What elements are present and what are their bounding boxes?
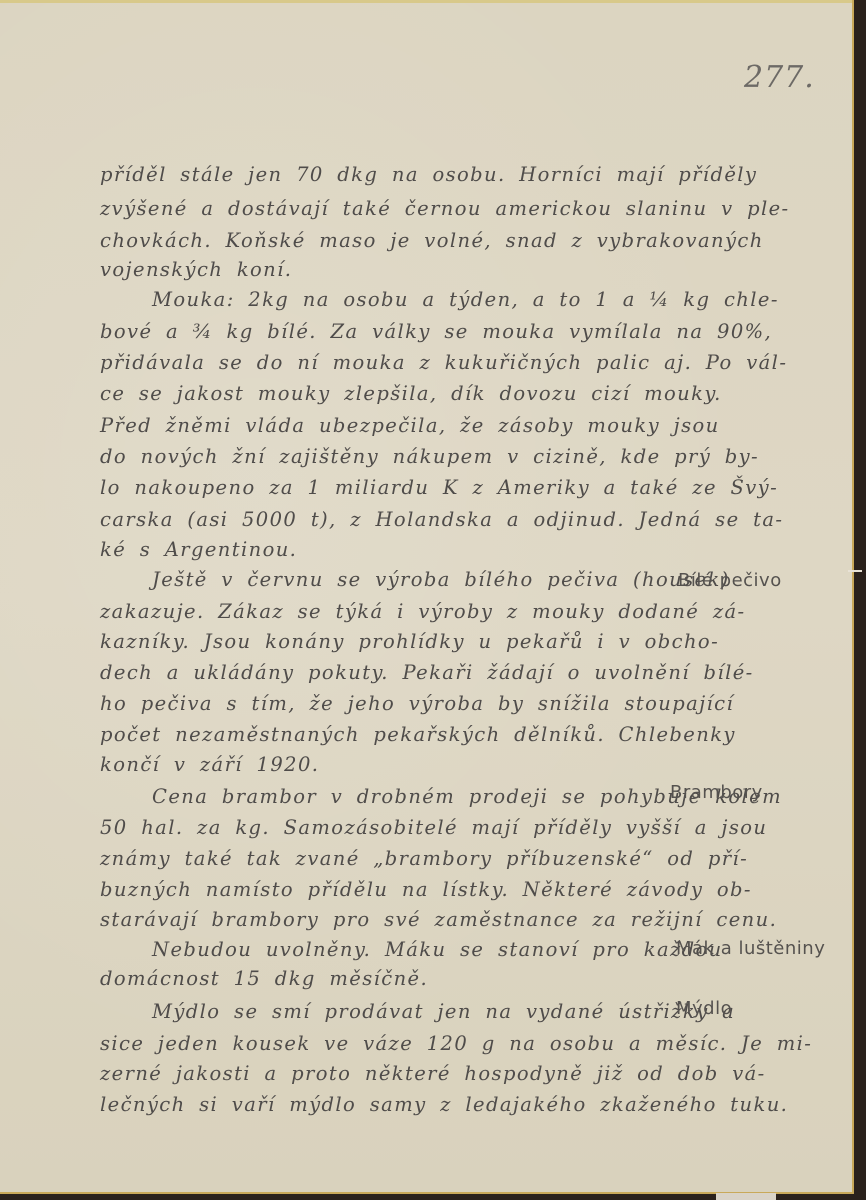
page-edge-mark: [848, 570, 862, 572]
text-line: počet nezaměstnaných pekařských dělníků.…: [100, 723, 736, 747]
paragraph-start-pecivo: Ještě v červnu se výroba bílého pečiva (…: [152, 568, 730, 592]
paragraph-start-mydlo: Mýdlo se smí prodávat jen na vydané ústř…: [152, 1000, 735, 1024]
text-line: ho pečiva s tím, že jeho výroba by sníži…: [100, 692, 734, 716]
margin-note-brambory: Brambory: [670, 782, 763, 803]
text-line: buzných namísto přídělu na lístky. Někte…: [100, 878, 752, 902]
text-line: carska (asi 5000 t), z Holandska a odjin…: [100, 508, 783, 532]
text-line: známy také tak zvané „brambory příbuzens…: [100, 847, 748, 871]
text-line: vojenských koní.: [100, 258, 292, 282]
text-line: ce se jakost mouky zlepšila, dík dovozu …: [100, 382, 722, 406]
text-line: do nových žní zajištěny nákupem v cizině…: [100, 445, 759, 469]
text-line: příděl stále jen 70 dkg na osobu. Horníc…: [100, 163, 757, 187]
text-line: končí v září 1920.: [100, 753, 319, 777]
text-line: bové a ¾ kg bílé. Za války se mouka vymí…: [100, 320, 772, 344]
text-line: sice jeden kousek ve váze 120 g na osobu…: [100, 1032, 812, 1056]
text-line: dech a ukládány pokuty. Pekaři žádají o …: [100, 661, 754, 685]
text-line: zerné jakosti a proto některé hospodyně …: [100, 1062, 766, 1086]
text-line: chovkách. Koňské maso je volné, snad z v…: [100, 229, 764, 253]
text-line: přidávala se do ní mouka z kukuřičných p…: [100, 351, 787, 375]
text-line: starávají brambory pro své zaměstnance z…: [100, 908, 777, 932]
text-line: kazníky. Jsou konány prohlídky u pekařů …: [100, 630, 719, 654]
text-line: 50 hal. za kg. Samozásobitelé mají přídě…: [100, 816, 767, 840]
page-bottom-tab: [716, 1193, 776, 1200]
text-line: domácnost 15 dkg měsíčně.: [100, 967, 428, 991]
margin-note-bile-pecivo: Bílé pečivo: [678, 570, 782, 591]
text-line: Před žněmi vláda ubezpečila, že zásoby m…: [100, 414, 720, 438]
margin-note-mak-lusteniny: Mák a luštěniny: [676, 938, 825, 959]
paragraph-start-mak: Nebudou uvolněny. Máku se stanoví pro ka…: [152, 938, 723, 962]
text-line: ké s Argentinou.: [100, 538, 297, 562]
paragraph-start-mouka: Mouka: 2kg na osobu a týden, a to 1 a ¼ …: [152, 288, 779, 312]
manuscript-page: 277. příděl stále jen 70 dkg na osobu. H…: [0, 0, 854, 1194]
text-line: zakazuje. Zákaz se týká i výroby z mouky…: [100, 600, 746, 624]
page-number: 277.: [744, 60, 815, 95]
text-line: lo nakoupeno za 1 miliardu K z Ameriky a…: [100, 476, 778, 500]
text-line: lečných si vaří mýdlo samy z ledajakého …: [100, 1093, 788, 1117]
text-line: zvýšené a dostávají také černou americko…: [100, 197, 790, 221]
margin-note-mydlo: Mýdlo: [676, 998, 732, 1019]
